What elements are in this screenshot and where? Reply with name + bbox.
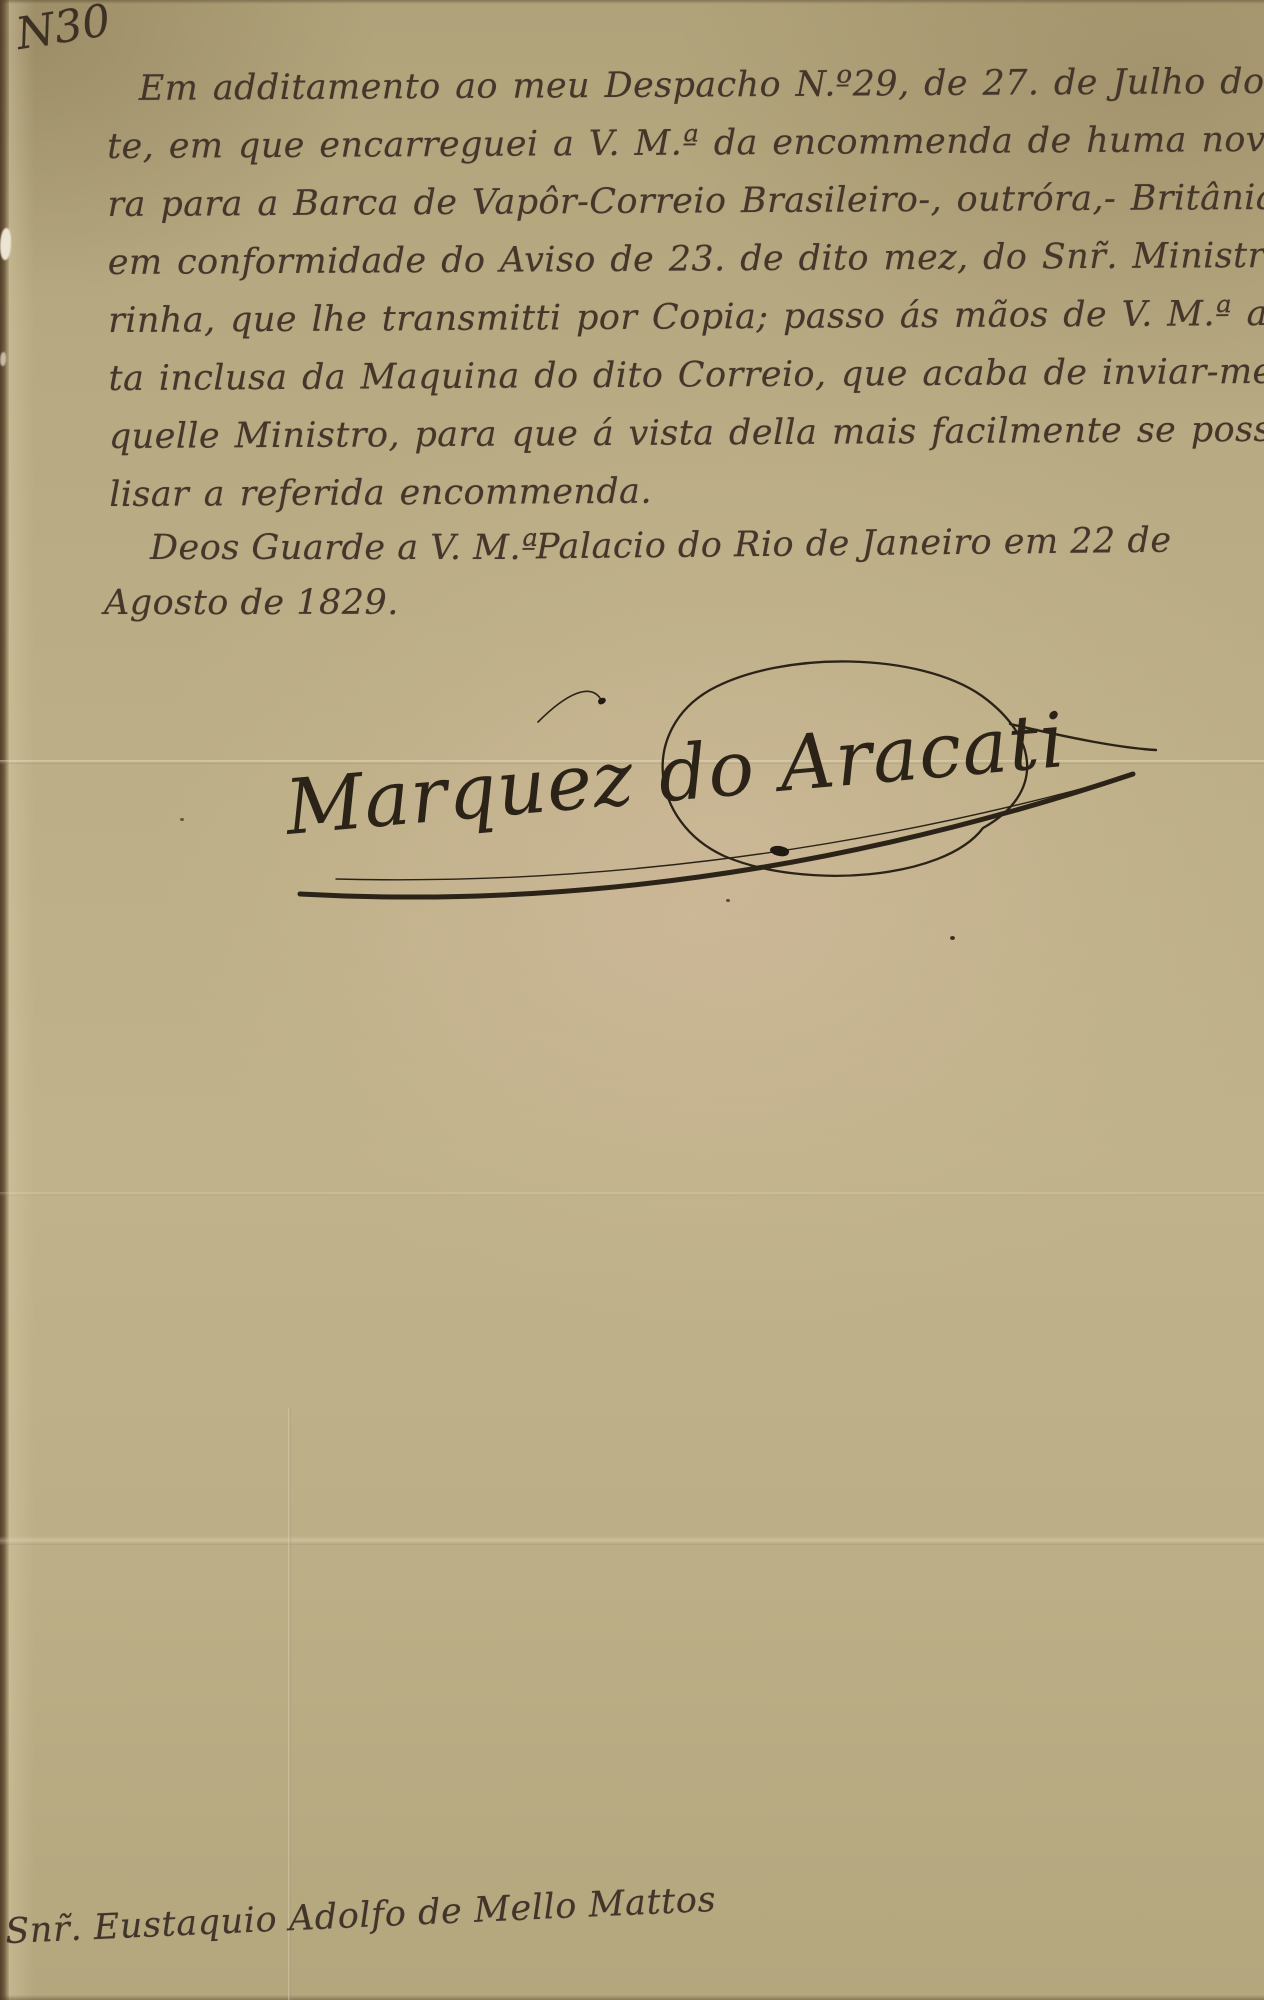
- letter-body: Em additamento ao meu Despacho N.º29, de…: [107, 52, 1264, 524]
- page-bottom-edge: [0, 1995, 1264, 2000]
- valediction: Deos Guarde a V. M.ª: [150, 528, 538, 568]
- ink-speck: [726, 899, 730, 902]
- letter-body-line: ta inclusa da Maquina do dito Correio, q…: [108, 342, 1264, 408]
- ink-speck: [180, 818, 184, 821]
- horizontal-fold-band: [0, 1536, 1264, 1545]
- document-number-annotation: N30: [13, 0, 114, 60]
- place-and-date: Palacio do Rio de Janeiro em 22 de: [536, 521, 1172, 568]
- page-left-edge: [0, 0, 9, 2000]
- page-left-fold-highlight: [9, 0, 39, 2000]
- letter-body-line: Em additamento ao meu Despacho N.º29, de…: [107, 52, 1264, 118]
- letter-body-line: ra para a Barca de Vapôr-Correio Brasile…: [107, 168, 1264, 234]
- letter-body-line: em conformidade do Aviso de 23. de dito …: [108, 226, 1264, 292]
- letter-body-line: quelle Ministro, para que á vista della …: [109, 400, 1264, 466]
- letter-body-line: rinha, que lhe transmitti por Copia; pas…: [108, 284, 1264, 350]
- letter-body-line: te, em que encarreguei a V. M.ª da encom…: [107, 110, 1264, 176]
- manuscript-letter-page: N30 Em additamento ao meu Despacho N.º29…: [0, 0, 1264, 2000]
- page-top-edge: [0, 0, 1264, 4]
- ink-speck: [950, 936, 955, 940]
- addressee-line: Snr̃. Eustaquio Adolfo de Mello Mattos: [4, 1880, 716, 1952]
- signature-block: Marquez do Aracati: [238, 632, 1168, 932]
- date-continuation: Agosto de 1829.: [104, 583, 399, 623]
- horizontal-fold-crease-faint: [0, 1192, 1264, 1196]
- letter-body-line: lisar a referida encommenda.: [109, 458, 1264, 524]
